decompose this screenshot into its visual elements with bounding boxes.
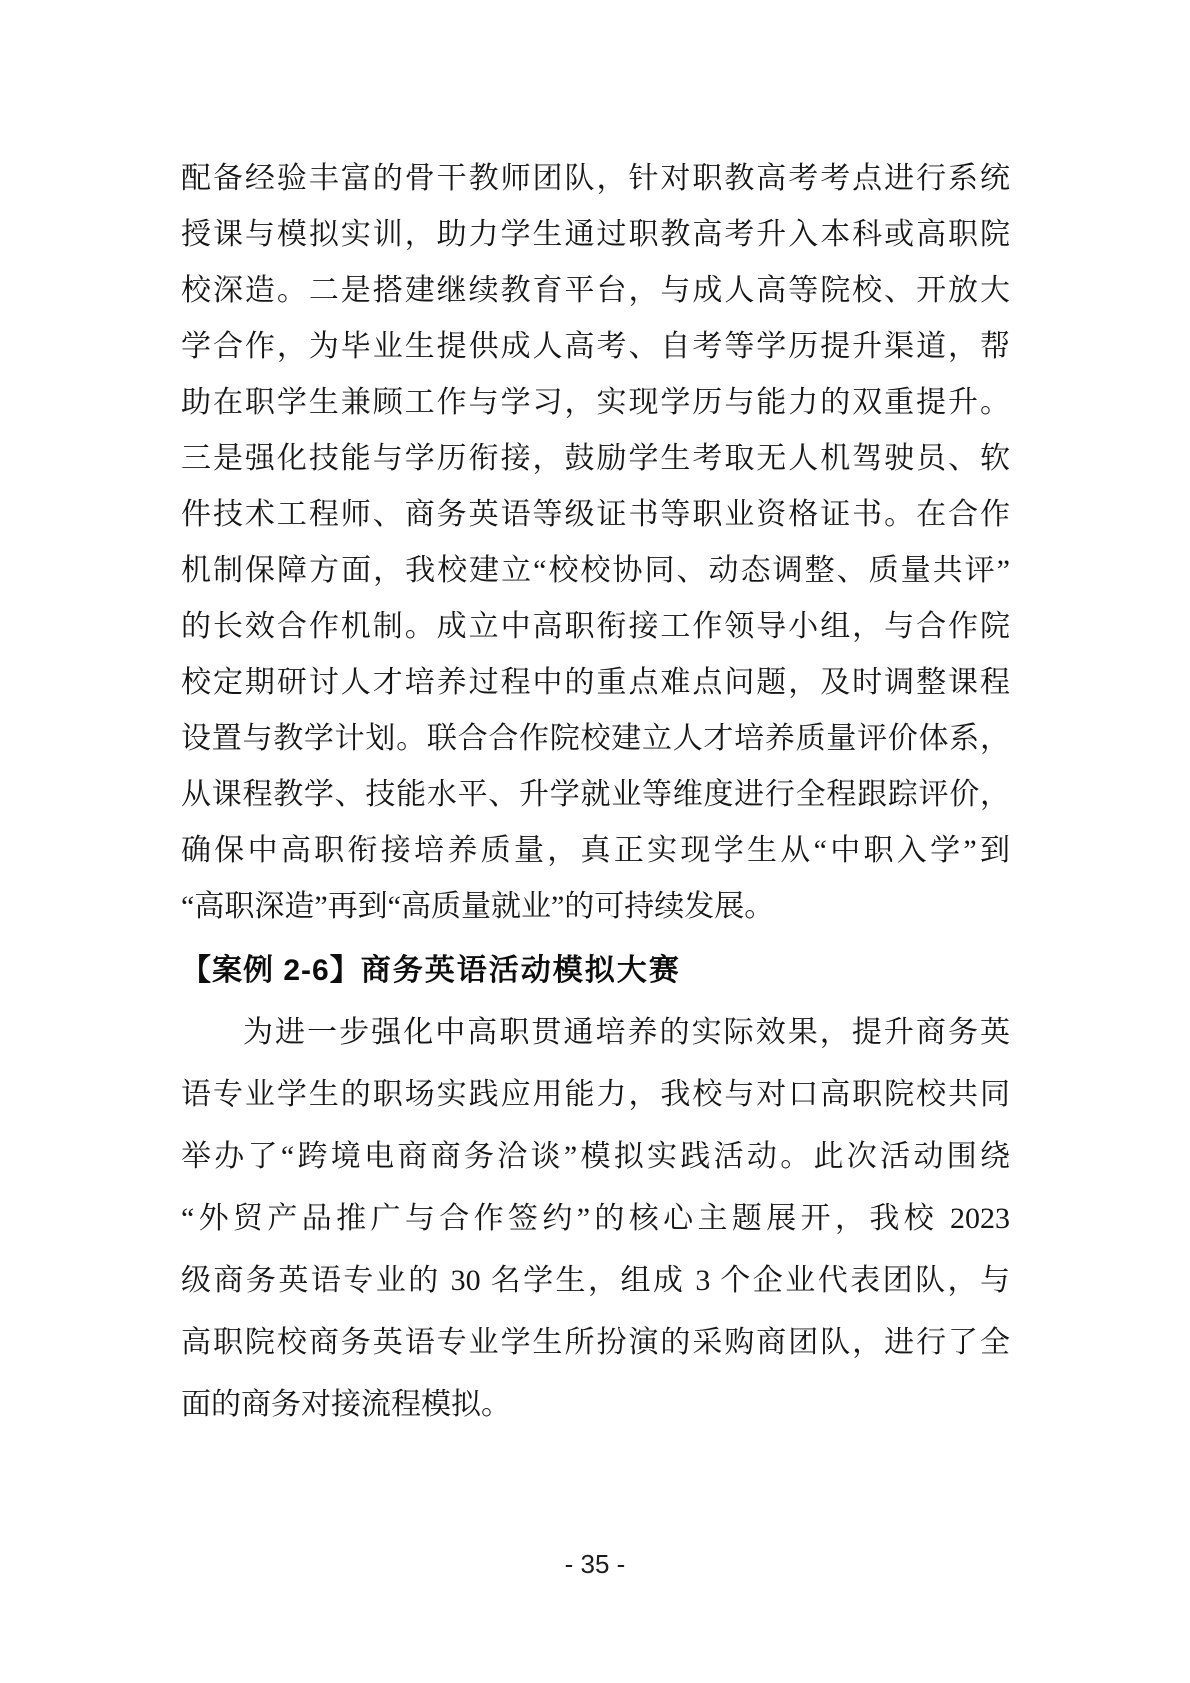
page-number: - 35 - (0, 1549, 1190, 1579)
text-line: 语专业学生的职场实践应用能力，我校与对口高职院校共同 (181, 1064, 1010, 1126)
text-line: 机制保障方面，我校建立“校校协同、动态调整、质量共评” (181, 543, 1010, 599)
case-heading-label: 【案例 2-6】 (181, 954, 361, 987)
text-line: 学合作，为毕业生提供成人高考、自考等学历提升渠道，帮 (181, 319, 1010, 375)
text-line: 授课与模拟实训，助力学生通过职教高考升入本科或高职院 (181, 207, 1010, 263)
paragraph-case-body: 为进一步强化中高职贯通培养的实际效果，提升商务英 语专业学生的职场实践应用能力，… (181, 1002, 1010, 1436)
case-heading: 【案例 2-6】商务英语活动模拟大赛 (181, 940, 1010, 1002)
text-line: 从课程教学、技能水平、升学就业等维度进行全程跟踪评价， (181, 767, 1010, 823)
text-line: 校深造。二是搭建继续教育平台，与成人高等院校、开放大 (181, 263, 1010, 319)
text-line: 设置与教学计划。联合合作院校建立人才培养质量评价体系， (181, 711, 1010, 767)
text-line: 三是强化技能与学历衔接，鼓励学生考取无人机驾驶员、软 (181, 431, 1010, 487)
text-line: 为进一步强化中高职贯通培养的实际效果，提升商务英 (181, 1002, 1010, 1064)
text-line: 确保中高职衔接培养质量，真正实现学生从“中职入学”到 (181, 823, 1010, 879)
text-line: 高职院校商务英语专业学生所扮演的采购商团队，进行了全 (181, 1312, 1010, 1374)
text-line: 助在职学生兼顾工作与学习，实现学历与能力的双重提升。 (181, 375, 1010, 431)
text-line: “高职深造”再到“高质量就业”的可持续发展。 (181, 879, 1010, 935)
text-line: 举办了“跨境电商商务洽谈”模拟实践活动。此次活动围绕 (181, 1126, 1010, 1188)
text-line: 校定期研讨人才培养过程中的重点难点问题，及时调整课程 (181, 655, 1010, 711)
text-line: 级商务英语专业的 30 名学生，组成 3 个企业代表团队，与 (181, 1250, 1010, 1312)
paragraph-continuation: 配备经验丰富的骨干教师团队，针对职教高考考点进行系统 授课与模拟实训，助力学生通… (181, 151, 1010, 935)
text-line: 件技术工程师、商务英语等级证书等职业资格证书。在合作 (181, 487, 1010, 543)
text-line: 面的商务对接流程模拟。 (181, 1374, 1010, 1436)
text-line: 的长效合作机制。成立中高职衔接工作领导小组，与合作院 (181, 599, 1010, 655)
text-line: “外贸产品推广与合作签约”的核心主题展开，我校 2023 (181, 1188, 1010, 1250)
text-line: 配备经验丰富的骨干教师团队，针对职教高考考点进行系统 (181, 151, 1010, 207)
case-heading-title: 商务英语活动模拟大赛 (361, 954, 681, 987)
document-page: 配备经验丰富的骨干教师团队，针对职教高考考点进行系统 授课与模拟实训，助力学生通… (0, 0, 1190, 1683)
